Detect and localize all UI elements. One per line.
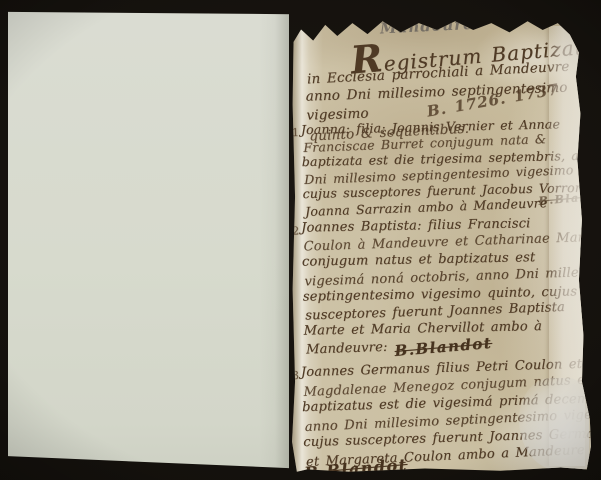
baptism-entry-2: 2 Joannes Baptista: filius Francisci Cou… <box>301 214 582 358</box>
manuscript-recto-page: Mandeure Registrum Baptizatoru in Eccles… <box>289 12 591 474</box>
blank-verso-page <box>8 11 289 469</box>
archive-scan: Mandeure Registrum Baptizatoru in Eccles… <box>0 0 601 480</box>
entry-number: 3 <box>292 367 300 385</box>
entry-number: 1 <box>292 125 300 141</box>
entry-number: 2 <box>292 222 300 239</box>
